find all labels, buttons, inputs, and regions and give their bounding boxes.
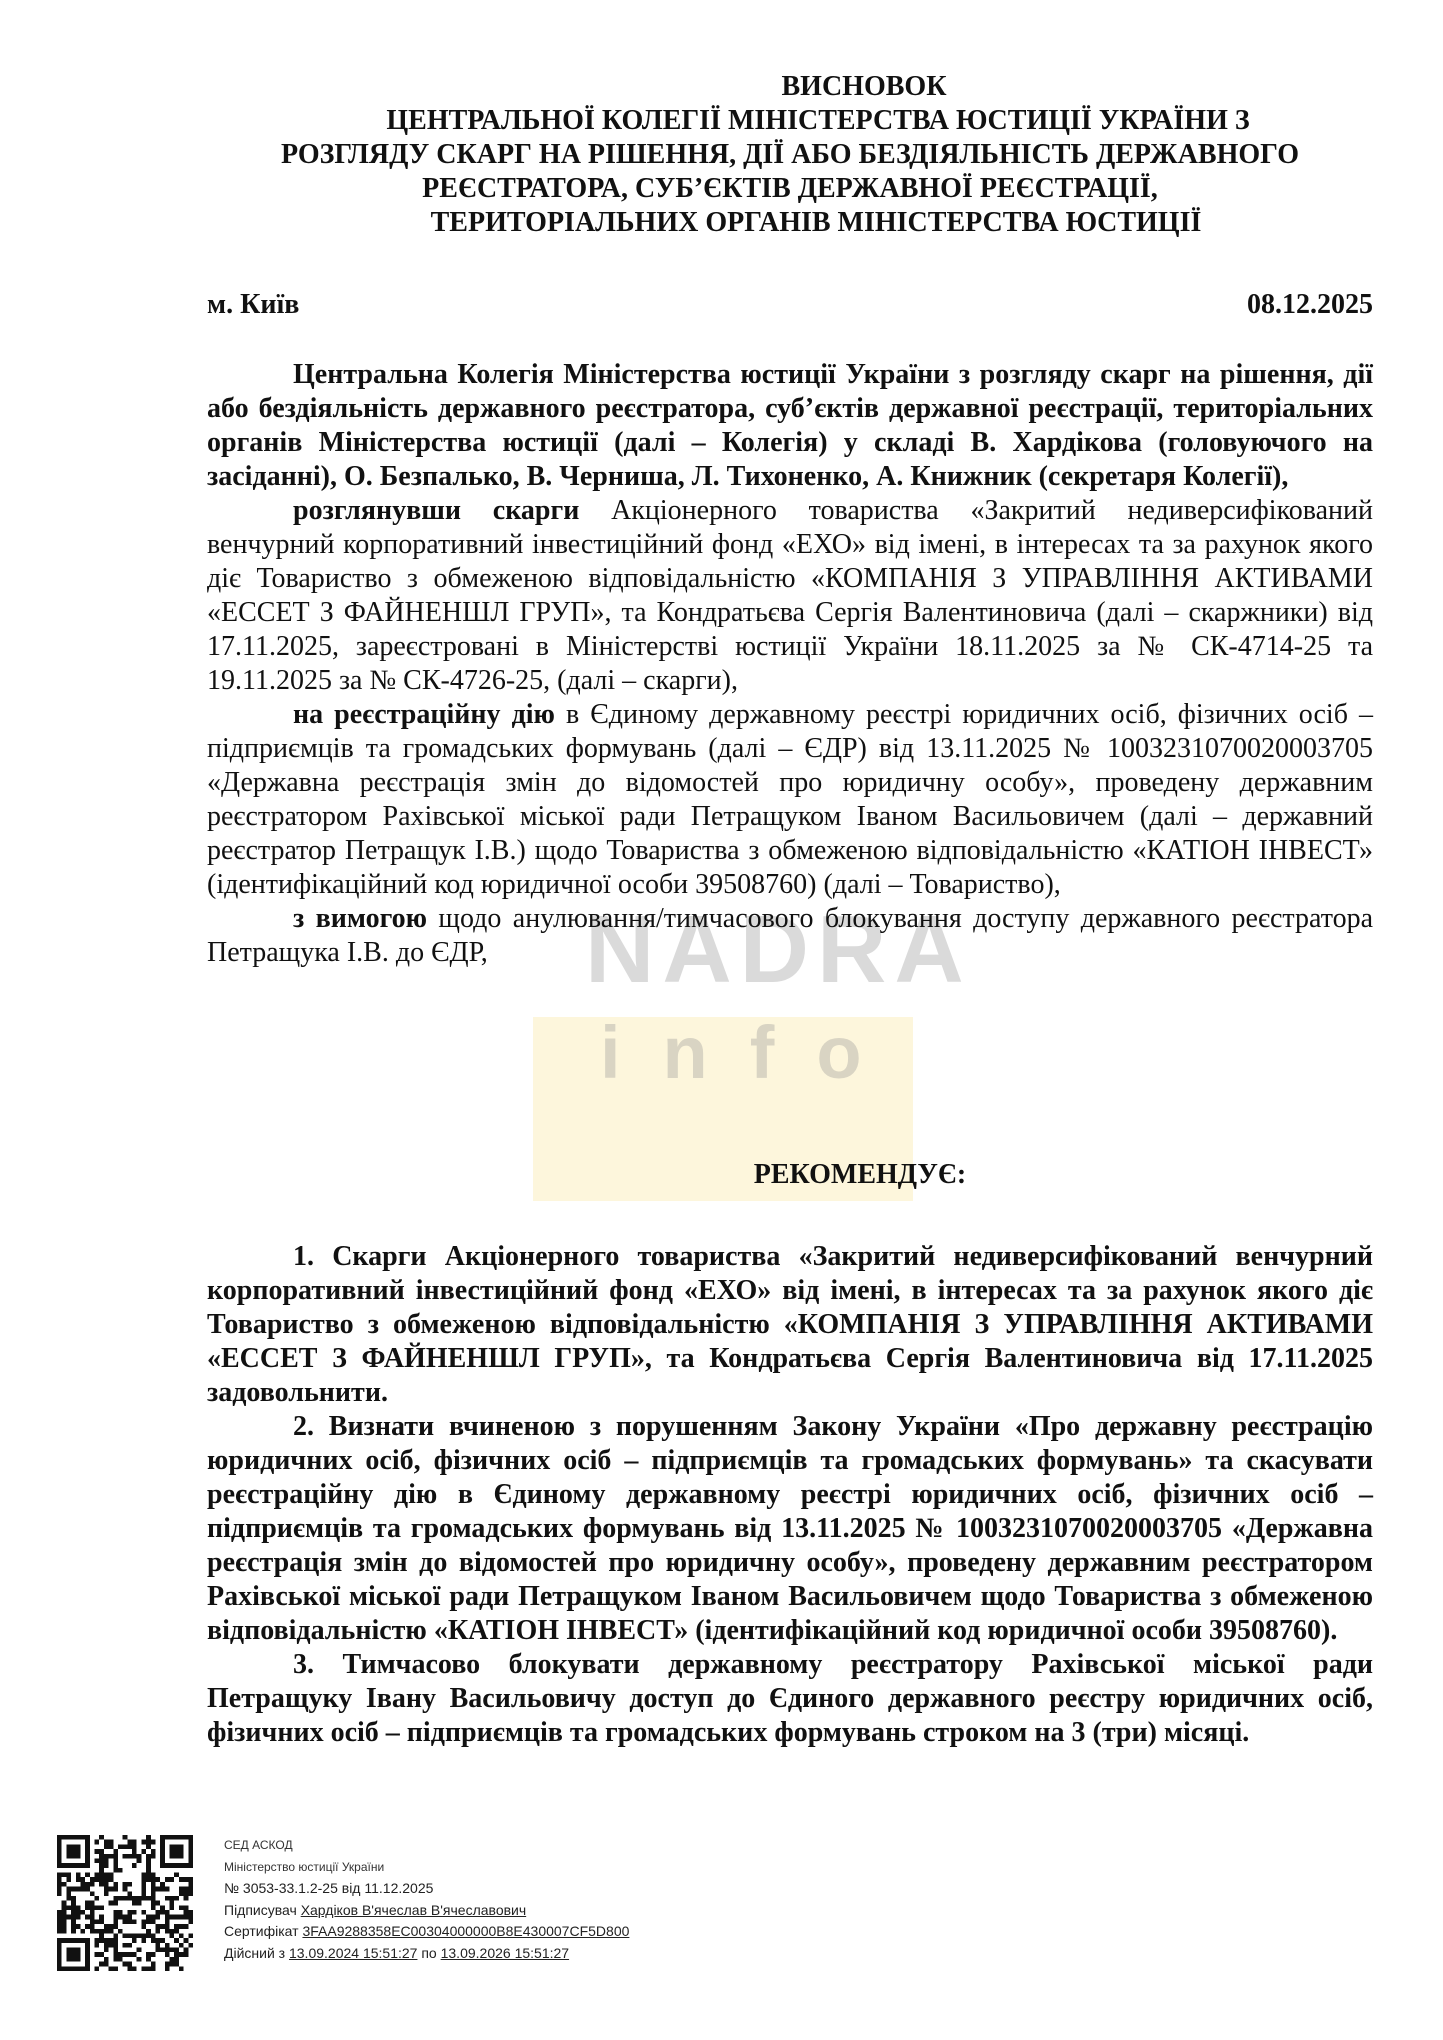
action-paragraph: на реєстраційну дію в Єдиному державному… [207,698,1373,902]
valid-to-label: по [421,1945,436,1961]
signer-label: Підписувач [224,1902,297,1918]
document-title: ВИСНОВОК ЦЕНТРАЛЬНОЇ КОЛЕГІЇ МІНІСТЕРСТВ… [207,70,1373,240]
stamp-validity: Дійсний з 13.09.2024 15:51:27 по 13.09.2… [224,1943,629,1965]
recommendation-items: 1. Скарги Акціонерного товариства «Закри… [207,1240,1373,1750]
valid-from: 13.09.2024 15:51:27 [289,1945,417,1961]
watermark-info: info [600,1010,904,1095]
document-date: 08.12.2025 [1247,288,1373,322]
complaints-paragraph: розглянувши скарги Акціонерного товарист… [207,494,1373,698]
title-line: ЦЕНТРАЛЬНОЇ КОЛЕГІЇ МІНІСТЕРСТВА ЮСТИЦІЇ… [207,104,1373,138]
demand-lead: з вимогою [293,903,427,934]
stamp-organization: Міністерство юстиції України [224,1857,629,1879]
stamp-reg-number: № 3053-33.1.2-25 від 11.12.2025 [224,1878,629,1900]
stamp-signer: Підписувач Хардіков В'ячеслав В'ячеславо… [224,1900,629,1922]
document-page: NADRA info ВИСНОВОК ЦЕНТРАЛЬНОЇ КОЛЕГІЇ … [0,0,1443,2040]
action-lead: на реєстраційну дію [293,699,555,730]
title-line: ВИСНОВОК [207,70,1373,104]
complaints-lead: розглянувши скарги [293,495,579,526]
title-line: РОЗГЛЯДУ СКАРГ НА РІШЕННЯ, ДІЇ АБО БЕЗДІ… [207,138,1373,172]
recommendation-item: 1. Скарги Акціонерного товариства «Закри… [207,1240,1373,1410]
stamp-system: СЕД АСКОД [224,1835,629,1857]
valid-to: 13.09.2026 15:51:27 [441,1945,569,1961]
recommendation-heading: РЕКОМЕНДУЄ: [207,1158,1373,1192]
place-date-row: м. Київ 08.12.2025 [207,288,1373,322]
intro-section: Центральна Колегія Міністерства юстиції … [207,358,1373,970]
cert-label: Сертифікат [224,1923,299,1939]
composition-paragraph: Центральна Колегія Міністерства юстиції … [207,358,1373,494]
valid-label: Дійсний з [224,1945,285,1961]
cert-value: 3FAA9288358EC00304000000B8E430007CF5D800 [302,1923,629,1939]
recommendation-item: 2. Визнати вчиненою з порушенням Закону … [207,1410,1373,1648]
demand-paragraph: з вимогою щодо анулювання/тимчасового бл… [207,902,1373,970]
qr-code-icon [55,1835,195,1971]
recommendation-item: 3. Тимчасово блокувати державному реєстр… [207,1648,1373,1750]
stamp-details: СЕД АСКОД Міністерство юстиції України №… [224,1835,629,1964]
title-line: ТЕРИТОРІАЛЬНИХ ОРГАНІВ МІНІСТЕРСТВА ЮСТИ… [207,206,1373,240]
city: м. Київ [207,288,299,322]
signer-name: Хардіков В'ячеслав В'ячеславович [301,1902,526,1918]
title-line: РЕЄСТРАТОРА, СУБ’ЄКТІВ ДЕРЖАВНОЇ РЕЄСТРА… [207,172,1373,206]
stamp-certificate: Сертифікат 3FAA9288358EC00304000000B8E43… [224,1921,629,1943]
